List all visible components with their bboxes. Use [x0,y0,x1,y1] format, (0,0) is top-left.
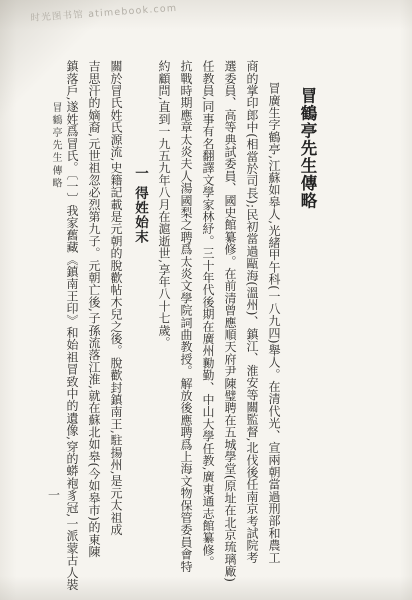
body-column: 吉思汗的嫡裔,元世祖忽必烈第九子。元朝亡後,子孫流落江淮,就在蘇北如皋(今如皋市… [83,60,105,600]
body-column: 約顧問,直到一九五九年八月在滬逝世,享年八十七歲。 [153,60,175,600]
body-column: 選委員、高等典試委員、國史館纂修。在前清曾應順天府尹陳璧聘在五城學堂(原址在北京… [219,60,241,600]
body-column: 任教員,同事有名翻譯文學家林紓。三十年代後期在廣州勷勤、中山大學任教,廣東通志館… [197,60,219,600]
running-title: 冒鶴亭先生傳略 [48,102,63,190]
scanned-book-page: 时光图书馆 atimebook.com 冒鶴亭先生傳略 冒廣生字鶴亭,江蘇如皋人… [0,0,412,600]
body-column: 關於冒氏姓氏源流,史籍記載是元朝的脫歡帖木兒之後。脫歡封鎮南王,駐揚州,是元太祖… [105,60,127,600]
page-title: 冒鶴亭先生傳略 [295,87,319,210]
body-column: 抗戰時期應章太炎夫人湯國梨之聘爲太炎文學院詞曲教授。解放後應聘爲上海文物保管委員… [175,60,197,600]
section-heading: 一 得姓始末 [127,60,153,600]
library-watermark: 时光图书馆 atimebook.com [30,0,178,24]
body-column: 商的掌印郎中(相當於司長);民初當過甌海(溫州)、鎮江、淮安等關監督,北伐後任南… [241,60,263,600]
page-number: 一 [48,486,60,503]
body-column: 冒廣生字鶴亭,江蘇如皋人,光緒甲午科(一八九四)舉人。在清代光、宣兩朝當過刑部和… [263,60,285,600]
body-text-block: 冒廣生字鶴亭,江蘇如皋人,光緒甲午科(一八九四)舉人。在清代光、宣兩朝當過刑部和… [61,60,285,600]
body-column: 鎮落戶,遂姓爲冒氏。〔一〕我家舊藏《鎮南王印》和始祖冒致中的遺像,穿的蟒袍豸冠,… [61,60,83,600]
